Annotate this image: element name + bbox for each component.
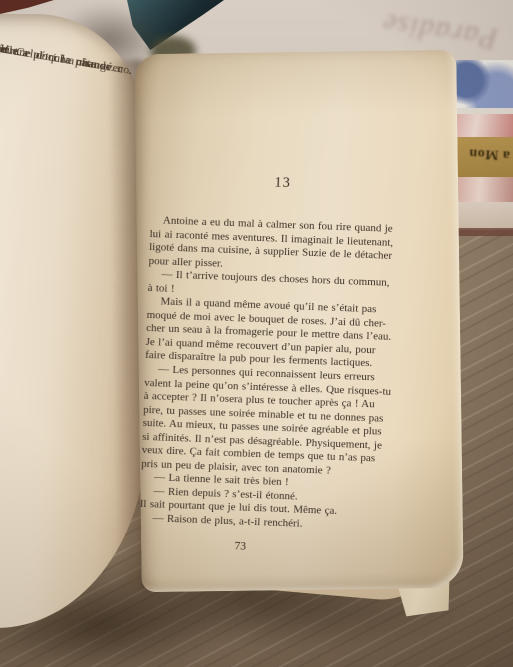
book-photo-scene: Paradise a Mon goût. Celui qui a mangé n… <box>0 0 513 667</box>
gold-spine-text: a Mon <box>450 143 511 162</box>
right-page-text: 13 Antoine a eu du mal à calmer son fou … <box>138 170 448 559</box>
left-page-line: ndre une douche chaude... <box>0 36 122 79</box>
chapter-body: Antoine a eu du mal à calmer son fou rir… <box>139 214 446 536</box>
